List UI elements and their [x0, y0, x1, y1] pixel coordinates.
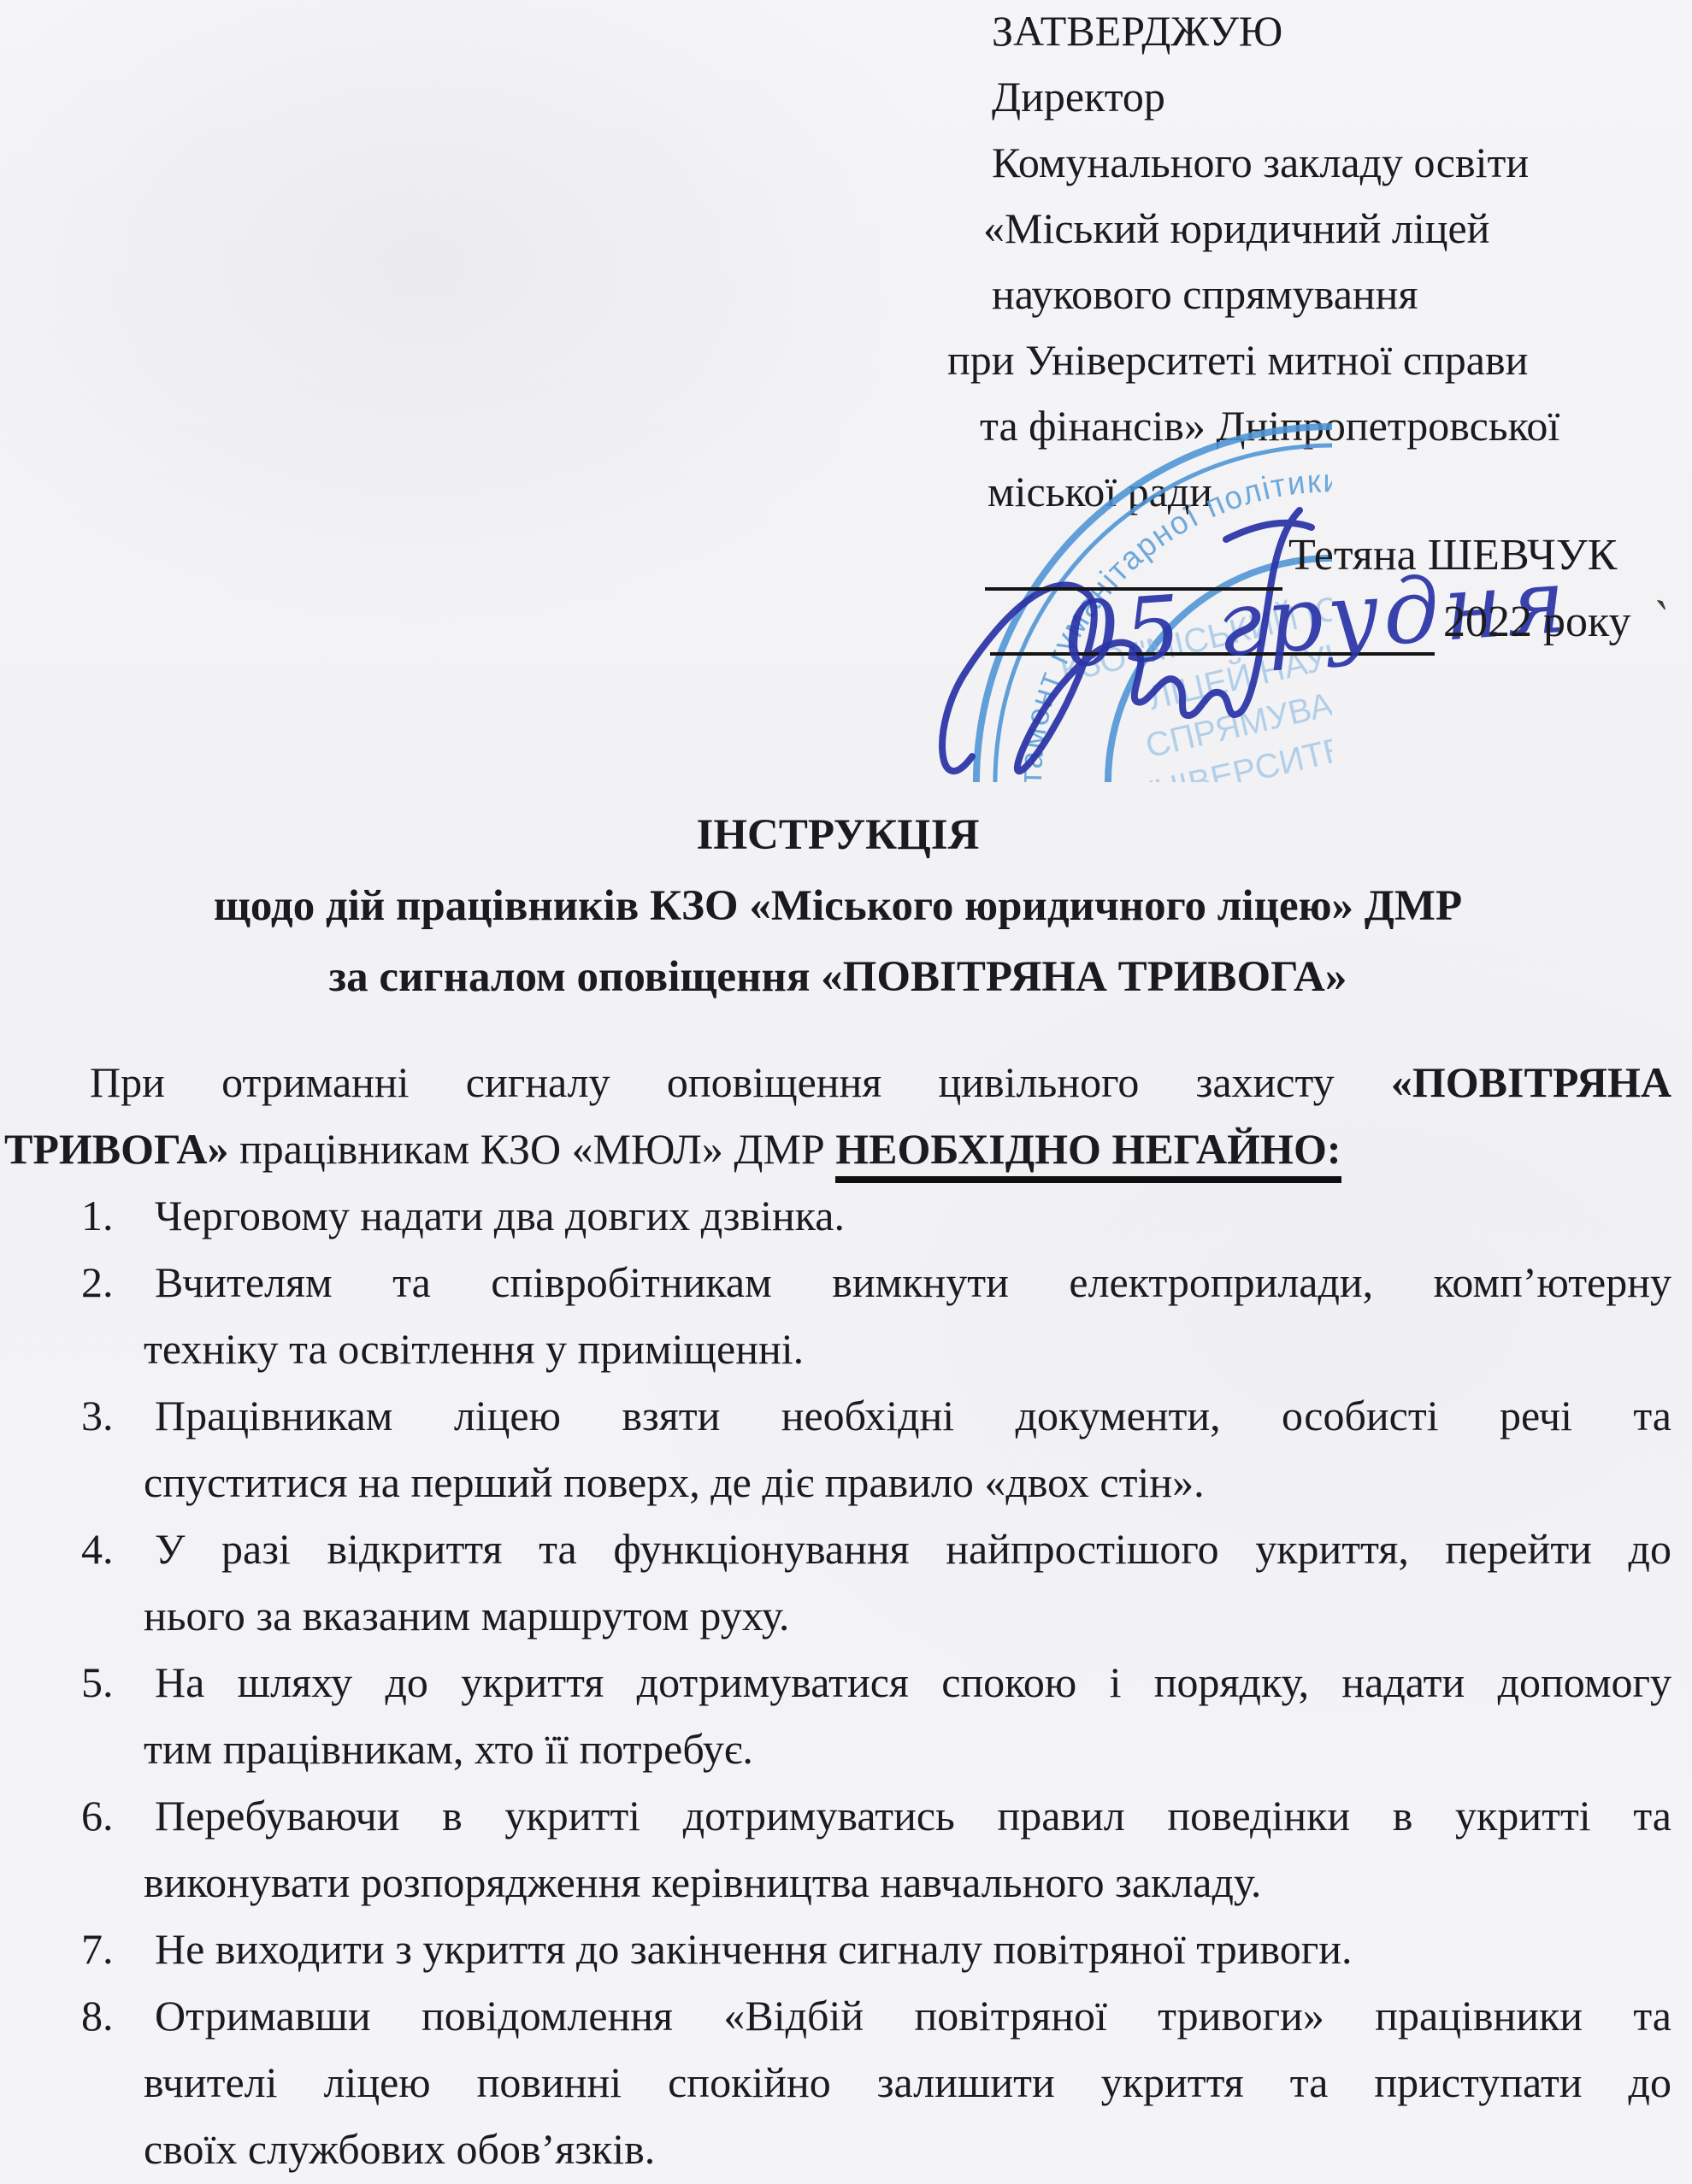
approval-line: ЗАТВЕРДЖУЮ — [992, 0, 1686, 64]
list-item-number: 7. — [81, 1916, 114, 1982]
text-line: нього за вказаним маршрутом руху. — [144, 1582, 1671, 1649]
body-text: При отриманні сигналу оповіщення цивільн… — [90, 1058, 1391, 1106]
pen-tick-artifact: ` — [1643, 589, 1673, 649]
approval-line: Директор — [992, 64, 1686, 130]
list-item: 7.Не виходити з укриття до закінчення си… — [4, 1916, 1671, 1982]
list-item-number: 5. — [81, 1649, 114, 1716]
list-item-number: 3. — [81, 1382, 114, 1449]
list-item: 8.Отримавши повідомлення «Відбій повітря… — [4, 1982, 1671, 2182]
title-line-3: за сигналом оповіщення «ПОВІТРЯНА ТРИВОГ… — [4, 942, 1671, 1013]
bold-text: «ПОВІТРЯНА — [1391, 1058, 1671, 1106]
title-line-1: ІНСТРУКЦІЯ — [4, 800, 1671, 871]
title-line-2: щодо дій працівників КЗО «Міського юриди… — [4, 871, 1671, 942]
text-line: Черговому надати два довгих дзвінка. — [144, 1182, 1671, 1249]
text-line: спуститися на перший поверх, де діє прав… — [144, 1449, 1671, 1516]
text-line: На шляху до укриття дотримуватися спокою… — [144, 1649, 1671, 1716]
text-line: своїх службових обов’язків. — [144, 2116, 1671, 2182]
paragraph-line: При отриманні сигналу оповіщення цивільн… — [4, 1049, 1671, 1116]
list-item: 4.У разі відкриття та функціонування най… — [4, 1516, 1671, 1649]
lead-paragraph: При отриманні сигналу оповіщення цивільн… — [4, 1049, 1671, 1182]
year-label: 2022 року — [1443, 597, 1631, 648]
text-line: техніку та освітлення у приміщенні. — [144, 1316, 1671, 1382]
list-item-number: 1. — [81, 1182, 114, 1249]
approval-line: при Університеті митної справи — [947, 327, 1686, 393]
text-line: Отримавши повідомлення «Відбій повітряно… — [144, 1982, 1671, 2049]
list-item-number: 2. — [81, 1249, 114, 1316]
list-item: 3.Працівникам ліцею взяти необхідні доку… — [4, 1382, 1671, 1516]
list-item-number: 8. — [81, 1982, 114, 2049]
text-line: вчителі ліцею повинні спокійно залишити … — [144, 2049, 1671, 2116]
text-line: У разі відкриття та функціонування найпр… — [144, 1516, 1671, 1582]
document-page: ЗАТВЕРДЖУЮДиректорКомунального закладу о… — [0, 0, 1692, 2184]
list-item: 1.Черговому надати два довгих дзвінка. — [4, 1182, 1671, 1249]
text-line: Перебуваючи в укритті дотримуватись прав… — [144, 1782, 1671, 1849]
document-body: При отриманні сигналу оповіщення цивільн… — [4, 1049, 1671, 2182]
text-line: виконувати розпорядження керівництва нав… — [144, 1849, 1671, 1916]
list-item-number: 6. — [81, 1782, 114, 1849]
body-text: працівникам КЗО «МЮЛ» ДМР — [229, 1125, 836, 1173]
text-line: Вчителям та співробітникам вимкнути елек… — [144, 1249, 1671, 1316]
text-line: тим працівникам, хто її потребує. — [144, 1716, 1671, 1782]
bold-text: ТРИВОГА» — [4, 1125, 229, 1173]
text-line: Працівникам ліцею взяти необхідні докуме… — [144, 1382, 1671, 1449]
approval-line: «Міський юридичний ліцей — [983, 196, 1686, 262]
list-item: 2.Вчителям та співробітникам вимкнути ел… — [4, 1249, 1671, 1382]
text-line: Не виходити з укриття до закінчення сигн… — [144, 1916, 1671, 1982]
emphasis-underlined-text: НЕОБХІДНО НЕГАЙНО: — [835, 1125, 1341, 1183]
document-title: ІНСТРУКЦІЯ щодо дій працівників КЗО «Міс… — [4, 800, 1671, 1013]
list-item: 5.На шляху до укриття дотримуватися спок… — [4, 1649, 1671, 1782]
instructions-list: 1.Черговому надати два довгих дзвінка.2.… — [4, 1182, 1671, 2182]
approval-line: Комунального закладу освіти — [992, 130, 1686, 196]
paragraph-line: ТРИВОГА» працівникам КЗО «МЮЛ» ДМР НЕОБХ… — [4, 1116, 1671, 1182]
list-item-number: 4. — [81, 1516, 114, 1582]
approval-line: наукового спрямування — [992, 262, 1686, 327]
list-item: 6.Перебуваючи в укритті дотримуватись пр… — [4, 1782, 1671, 1916]
